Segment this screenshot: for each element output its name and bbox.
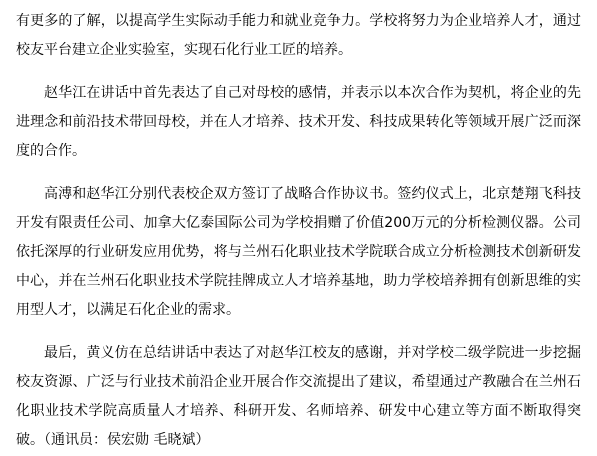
article-body: 有更多的了解，以提高学生实际动手能力和就业竞争力。学校将努力为企业培养人才，通过… — [0, 0, 597, 456]
article-paragraph: 赵华江在讲话中首先表达了自己对母校的感情，并表示以本次合作为契机，将企业的先进理… — [16, 79, 581, 166]
article-paragraph: 最后，黄义仿在总结讲话中表达了对赵华江校友的感谢，并对学校二级学院进一步挖掘校友… — [16, 339, 581, 455]
article-paragraph: 有更多的了解，以提高学生实际动手能力和就业竞争力。学校将努力为企业培养人才，通过… — [16, 7, 581, 65]
article-paragraph: 高溥和赵华江分别代表校企双方签订了战略合作协议书。签约仪式上，北京楚翔飞科技开发… — [16, 180, 581, 325]
